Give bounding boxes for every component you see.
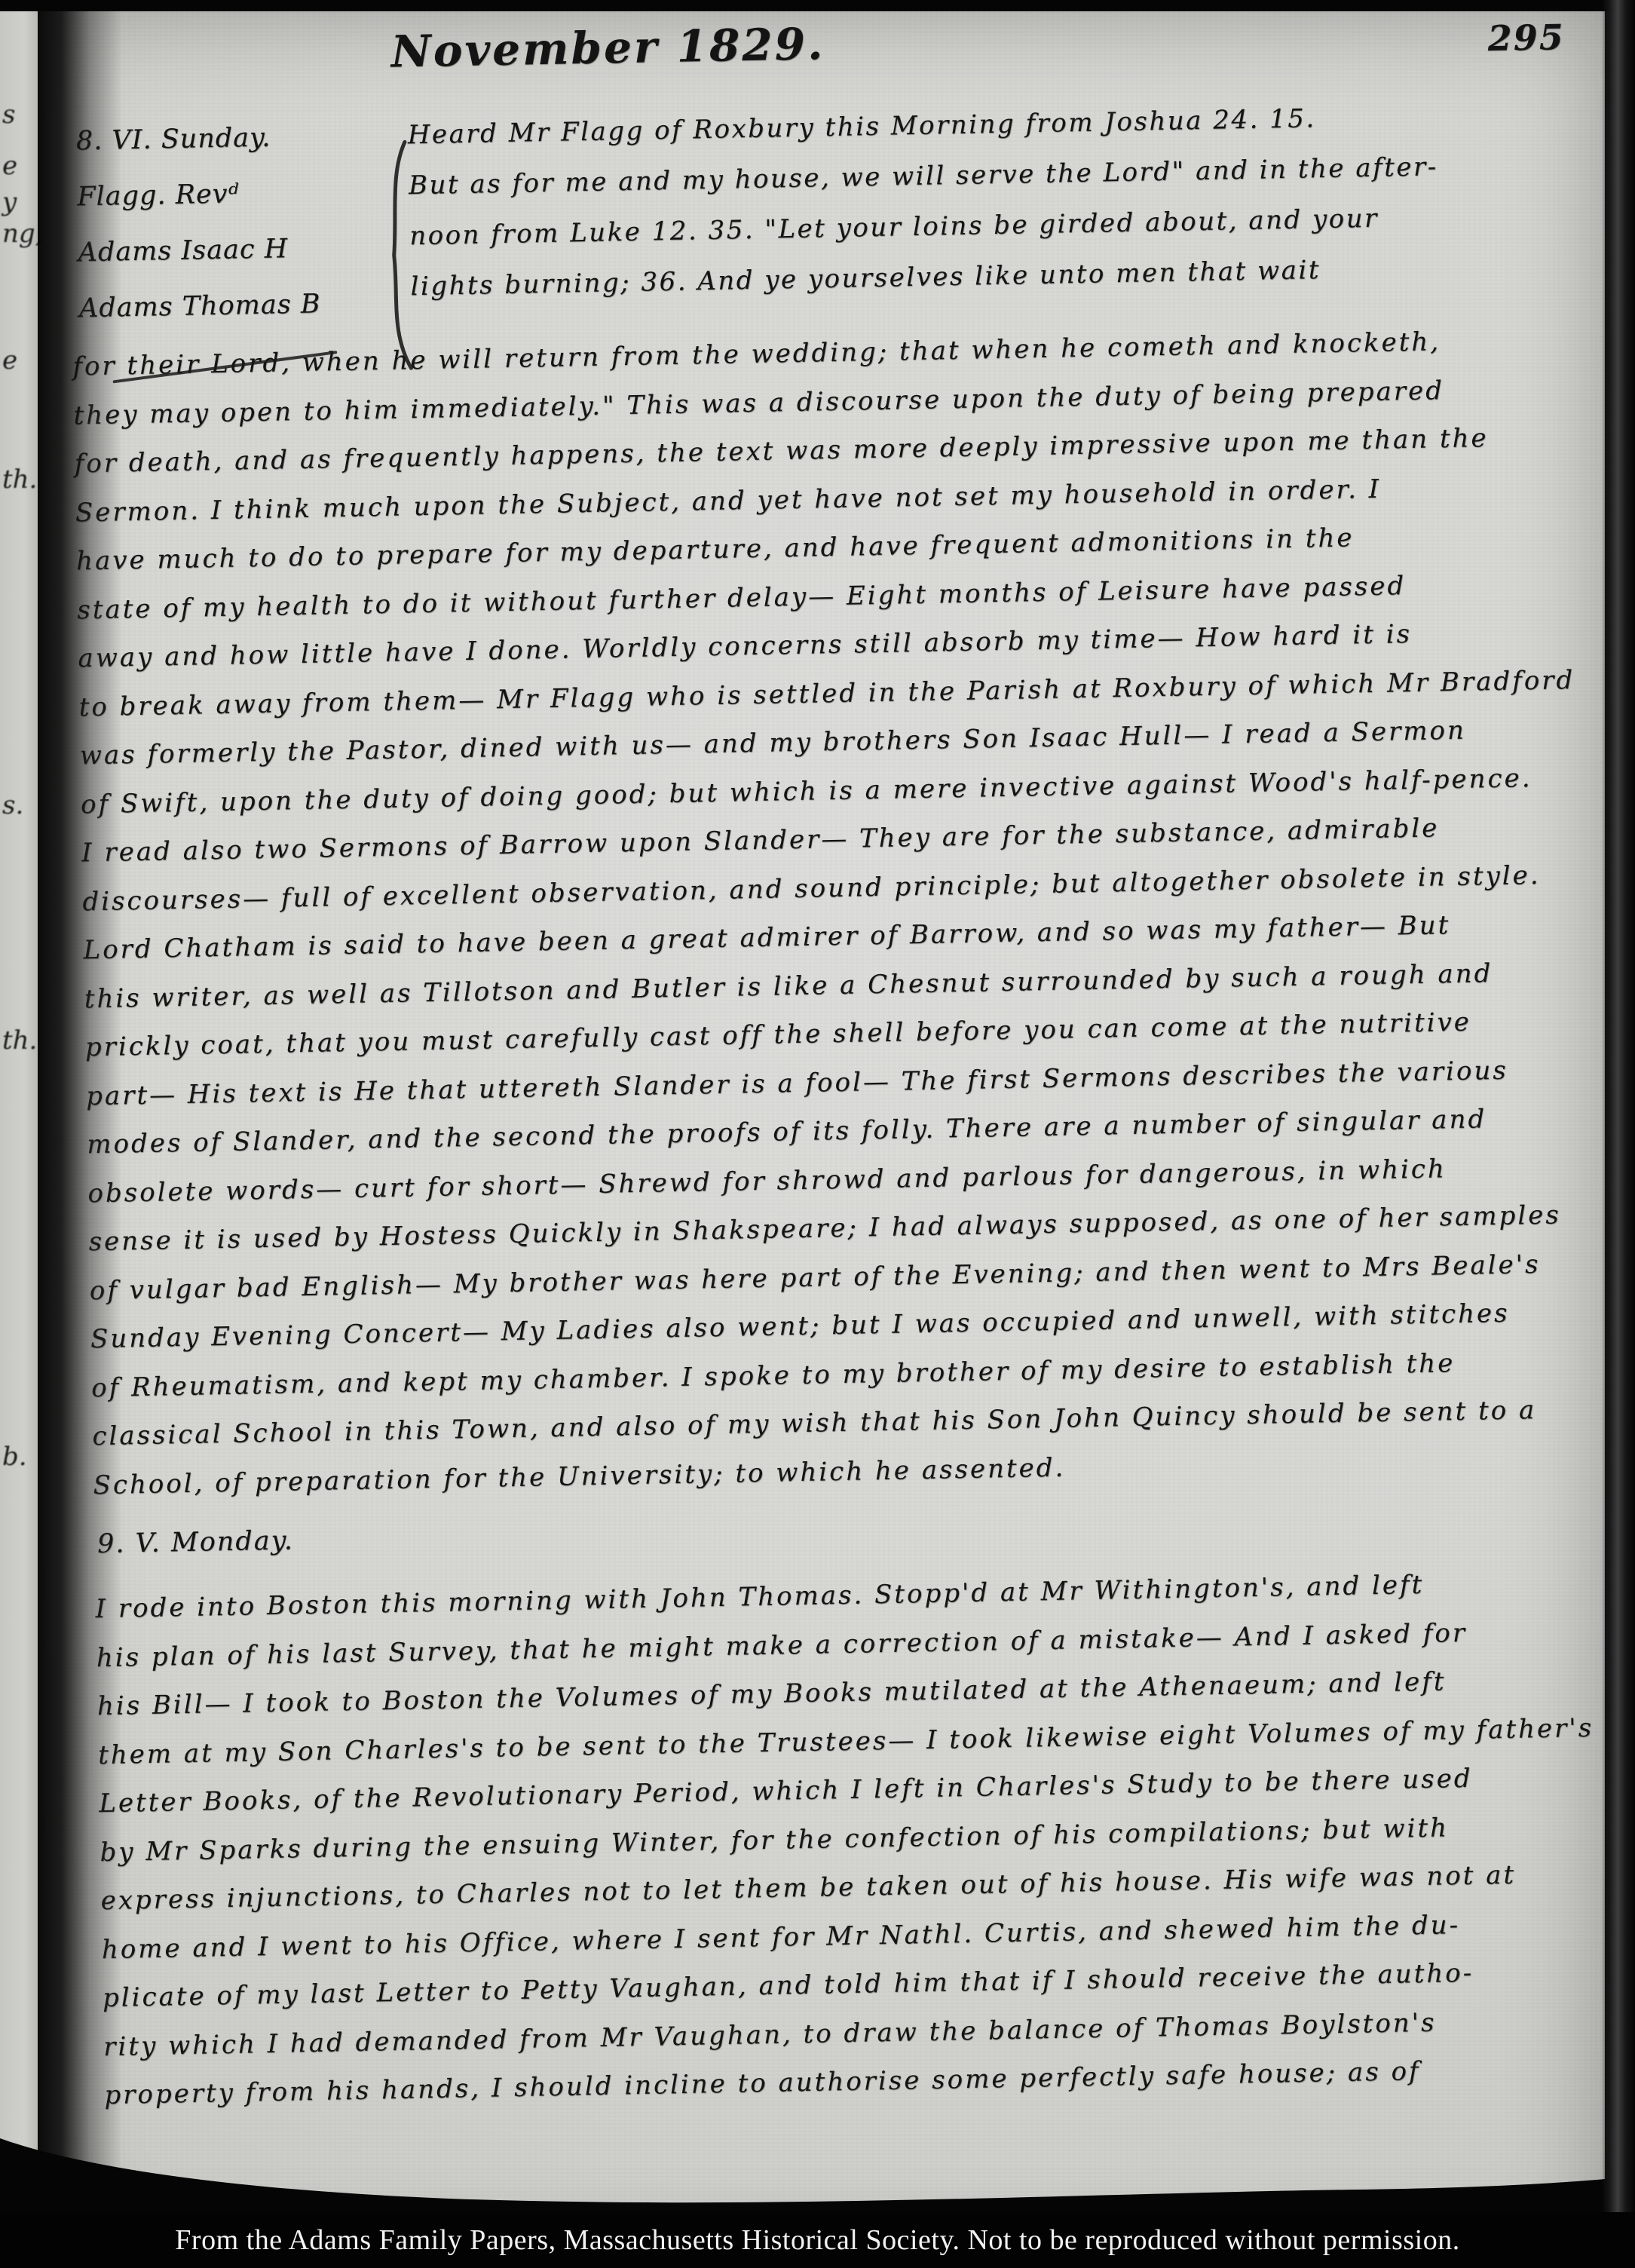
page-bottom-edge-curve [0, 2117, 1635, 2223]
entry-opening-lines: Heard Mr Flagg of Roxbury this Morning f… [407, 85, 1597, 312]
date-heading: November 1829. [390, 18, 825, 78]
page-number: 295 [1487, 17, 1565, 59]
scan-right-edge [1602, 0, 1635, 2268]
credit-footer-text: From the Adams Family Papers, Massachuse… [175, 2224, 1459, 2257]
margin-note-line: Adams Isaac H [78, 219, 410, 280]
scan-top-edge [0, 0, 1635, 11]
binding-gutter-shadow [38, 0, 122, 2268]
margin-note-line: Flagg. Revᵈ [77, 163, 409, 225]
entry-sunday-body: for their Lord, when he will return from… [72, 314, 1618, 1509]
margin-brace-stroke [384, 137, 418, 373]
entry-monday-body: I rode into Boston this morning with Joh… [95, 1557, 1630, 2119]
entry-monday-heading: 9. V. Monday. [97, 1501, 1619, 1559]
credit-footer-bar: From the Adams Family Papers, Massachuse… [0, 2212, 1635, 2268]
margin-note-line: Adams Thomas B [78, 274, 411, 336]
entry-sunday-header: 8. VI. Sunday.Flagg. RevᵈAdams Isaac HAd… [68, 85, 1597, 336]
margin-note-line: 8. VI. Sunday. [75, 107, 408, 169]
page-content: November 1829. 295 8. VI. Sunday.Flagg. … [66, 1, 1629, 2119]
manuscript-scan: seyng,eth.s.th.b. November 1829. 295 8. … [0, 0, 1635, 2268]
